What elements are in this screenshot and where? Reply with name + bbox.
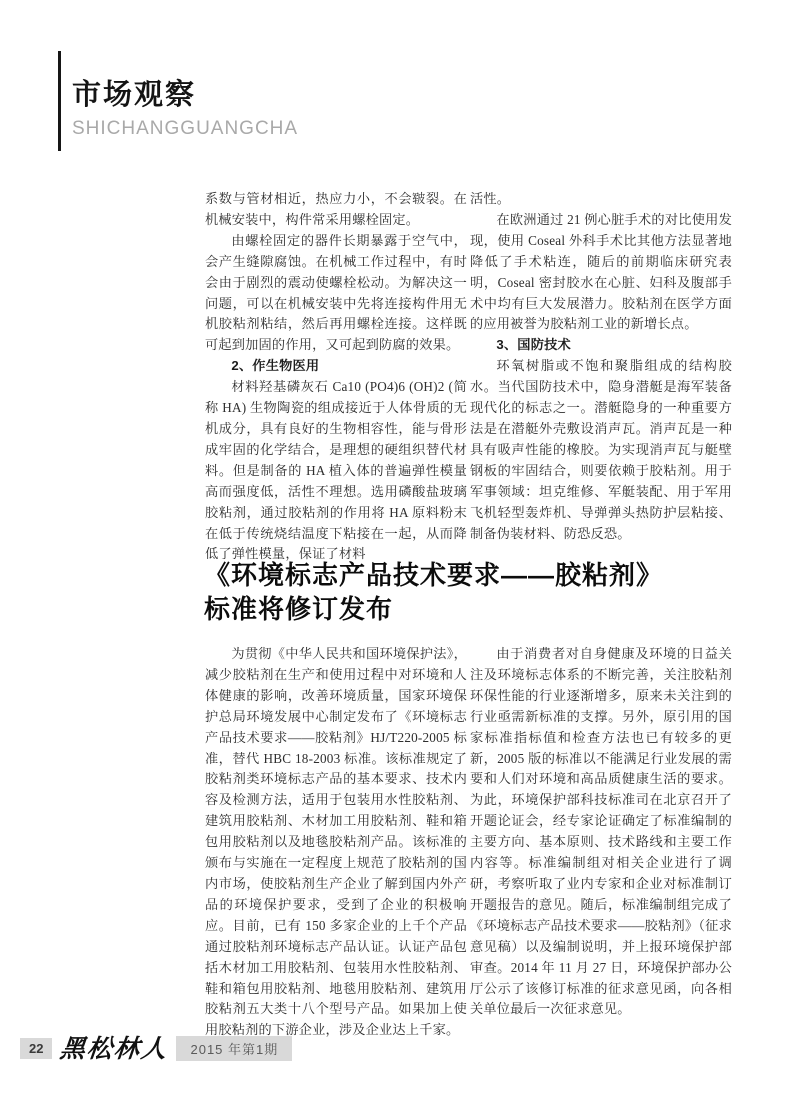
article1-right-column: 活性。 在欧洲通过 21 例心脏手术的对比使用发现，使用 Coseal 外科手术… [470, 189, 732, 544]
article2-title-line2: 标准将修订发布 [204, 594, 393, 624]
paragraph: 在欧洲通过 21 例心脏手术的对比使用发现，使用 Coseal 外科手术比其他方… [470, 210, 732, 335]
paragraph: 环氧树脂或不饱和聚脂组成的结构胶水。当代国防技术中，隐身潜艇是海军装备现代化的标… [470, 356, 732, 544]
section-title: 市场观察 [72, 80, 392, 112]
paragraph: 系数与管材相近，热应力小，不会皲裂。在机械安装中，构件常采用螺栓固定。 [205, 189, 467, 231]
header-accent-bar [58, 51, 61, 151]
subheading-biomedical-use: 2、作生物医用 [205, 356, 467, 377]
paragraph: 材料羟基磷灰石 Ca10 (PO4)6 (OH)2 (简称 HA) 生物陶瓷的组… [205, 377, 467, 565]
paragraph: 活性。 [470, 189, 732, 210]
section-title-pinyin: SHICHANGGUANGCHA [72, 118, 392, 140]
article2-right-column: 由于消费者对自身健康及环境的日益关注及环境标志体系的不断完善，关注胶粘剂环保性能… [470, 644, 732, 1020]
paragraph: 为贯彻《中华人民共和国环境保护法》，减少胶粘剂在生产和使用过程中对环境和人体健康… [205, 644, 467, 1041]
article1-left-column: 系数与管材相近，热应力小，不会皲裂。在机械安装中，构件常采用螺栓固定。 由螺栓固… [205, 189, 467, 565]
magazine-logo: 黑松林人 [59, 1036, 170, 1061]
page-footer: 22 黑松林人 2015 年第1期 [20, 1036, 292, 1061]
section-header-text: 市场观察 SHICHANGGUANGCHA [72, 80, 392, 140]
magazine-page: 市场观察 SHICHANGGUANGCHA 系数与管材相近，热应力小，不会皲裂。… [0, 0, 793, 1100]
page-number: 22 [20, 1038, 52, 1059]
paragraph: 由于消费者对自身健康及环境的日益关注及环境标志体系的不断完善，关注胶粘剂环保性能… [470, 644, 732, 1020]
article2-title-line1: 《环境标志产品技术要求——胶粘剂》 [204, 560, 663, 590]
issue-label: 2015 年第1期 [176, 1036, 292, 1061]
subheading-defense-technology: 3、国防技术 [470, 335, 732, 356]
article2-title: 《环境标志产品技术要求——胶粘剂》 标准将修订发布 [204, 558, 734, 626]
paragraph: 由螺栓固定的器件长期暴露于空气中，会产生缝隙腐蚀。在机械工作过程中，有时会由于剧… [205, 231, 467, 356]
article2-left-column: 为贯彻《中华人民共和国环境保护法》，减少胶粘剂在生产和使用过程中对环境和人体健康… [205, 644, 467, 1041]
